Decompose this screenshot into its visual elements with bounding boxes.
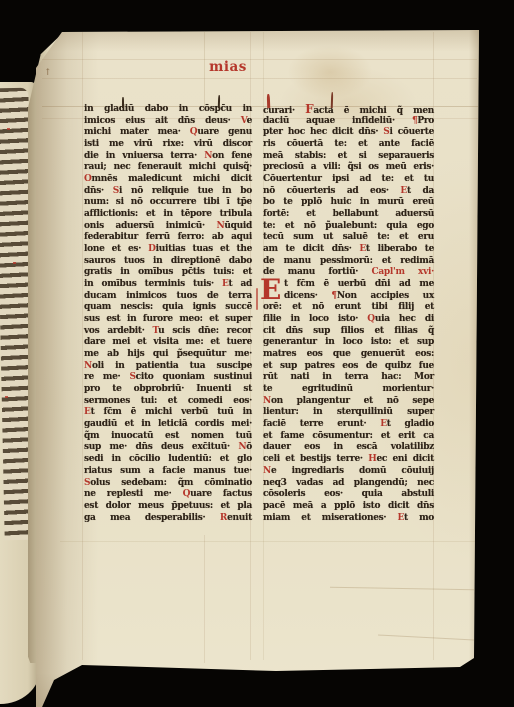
text-line: ducam inimicos tuos de terra bbox=[84, 291, 252, 303]
text-line: cit dn̄s sup filios et filias q̃ bbox=[263, 326, 434, 338]
text-line: te: et nō p̃ualebunt: quia ego bbox=[263, 221, 434, 233]
text-line: faciē terre erunt· Et gladio bbox=[263, 419, 434, 431]
text-line: daciū aquae infideliū· ¶Pro bbox=[263, 116, 434, 128]
text-line: Non plangentur et nō sepe bbox=[263, 396, 434, 408]
text-line: federabitur ferrū ferro: ab aqui bbox=[84, 232, 252, 244]
text-line: dauer eos in escā volatilibz bbox=[263, 442, 434, 454]
text-line: die in vniuersa terra· Non fene bbox=[84, 151, 252, 163]
text-line: in omībus terminis tuis· Et ad bbox=[84, 279, 252, 291]
text-line: am te dicit dn̄s· Et liberabo te bbox=[263, 244, 434, 256]
text-line: afflictionis: et in tēpore tribula bbox=[84, 209, 252, 221]
text-line: lientur: in sterquiliniū super bbox=[263, 407, 434, 419]
text-line: Ne ingrediaris domū cōuiuij bbox=[263, 466, 434, 478]
text-line: pro te obprobriū· Inuenti st bbox=[84, 384, 252, 396]
text-line: michi mater mea· Quare genu bbox=[84, 127, 252, 139]
facing-page-rubric-fleck bbox=[13, 262, 16, 264]
text-line: nō cōuerteris ad eos· Et da bbox=[263, 186, 434, 198]
text-line: sermones tui: et comedi eos· bbox=[84, 396, 252, 408]
text-line: celi et bestijs terre· Hec eni dicit bbox=[263, 454, 434, 466]
text-line: fortē: et bellabunt aduersū bbox=[263, 209, 434, 221]
ruling-line bbox=[60, 541, 475, 542]
text-line: neq3 vadas ad plangendū; nec bbox=[263, 478, 434, 490]
text-line: generantur in loco isto: et sup bbox=[263, 337, 434, 349]
text-line: Cōuertentur ipsi ad te: et tu bbox=[263, 174, 434, 186]
text-line: num: si nō occurrere tibi ī tp̄e bbox=[84, 197, 252, 209]
text-line: matres eos que genuerūt eos: bbox=[263, 349, 434, 361]
text-line: dare mei et visita me: et tuere bbox=[84, 337, 252, 349]
ascender-stroke-red bbox=[267, 94, 270, 108]
text-line: est dolor meus p̄petuus: et pla bbox=[84, 501, 252, 513]
text-line: onis aduersū inimicū· Nūquid bbox=[84, 221, 252, 233]
text-line: t fc̄m ē uerbū dn̄i ad me bbox=[263, 279, 434, 291]
text-line: bo te pplō huic in murū ereū bbox=[263, 197, 434, 209]
parchment-crease bbox=[204, 535, 205, 663]
gutter-pen-mark: ↑ bbox=[44, 68, 52, 78]
text-line: sedi in cōcilio ludentiū: et glo bbox=[84, 454, 252, 466]
text-line: rūt nati in terra hac: Mor bbox=[263, 372, 434, 384]
column-left: in gladiū dabo in cōspc̄u inimicos eius … bbox=[84, 104, 252, 524]
text-line: tecū sum ut saluē te: et eru bbox=[263, 232, 434, 244]
text-line: pacē meā a pplō isto dicit dn̄s bbox=[263, 501, 434, 513]
text-line: isti me virū rixe: virū discor bbox=[84, 139, 252, 151]
text-line: Et fc̄m ē michi verbū tuū in bbox=[84, 407, 252, 419]
text-line: meā stabis: et si separaueris bbox=[263, 151, 434, 163]
text-line: dicens· ¶Non accipies ux bbox=[263, 291, 434, 303]
ruling-line bbox=[42, 59, 477, 60]
text-line: ga mea desperabilis· Renuit bbox=[84, 513, 252, 525]
text-line: q̃m inuocatū est nomen tuū bbox=[84, 431, 252, 443]
rubricated-text: N bbox=[263, 396, 271, 406]
column-right: curari· Facta ē michi q̃ mendaciū aquae … bbox=[263, 104, 434, 524]
facing-page-rubric-fleck bbox=[5, 396, 8, 398]
text-line: gratis in omībus pc̄tis tuis: et bbox=[84, 267, 252, 279]
text-line: de manu pessimorū: et redimā bbox=[263, 256, 434, 268]
text-line: dn̄s· Si nō reliquie tue in bo bbox=[84, 186, 252, 198]
text-line: de manu fortiū· Capl'm xvi· bbox=[263, 267, 434, 279]
versal-flourish bbox=[256, 288, 258, 310]
text-line: et sup patres eos de quibz fue bbox=[263, 361, 434, 373]
manuscript-photo: mias ↑ in gladiū dabo in cōspc̄u inimico… bbox=[0, 0, 514, 707]
text-line: vos ardebit· Tu scis dn̄e: recor bbox=[84, 326, 252, 338]
rubricated-text: N bbox=[84, 361, 92, 371]
text-line: in gladiū dabo in cōspc̄u in bbox=[84, 104, 252, 116]
versal-initial-E: E bbox=[260, 277, 281, 303]
text-line: riatus sum a facie manus tue· bbox=[84, 466, 252, 478]
facing-page-rubric-fleck bbox=[7, 128, 10, 130]
text-line: miam et miserationes· Et mo bbox=[263, 513, 434, 525]
text-line: quam nescis: quia ignis succē bbox=[84, 302, 252, 314]
text-line: imicos eius ait dn̄s deus· Ve bbox=[84, 116, 252, 128]
ruling-line bbox=[42, 78, 477, 79]
text-line: sus est in furore meo: et super bbox=[84, 314, 252, 326]
text-line: ris cōuertā te: et ante faciē bbox=[263, 139, 434, 151]
text-line: me ab hijs qui p̃sequūtur me· bbox=[84, 349, 252, 361]
rubricated-text: Q bbox=[183, 489, 191, 499]
rubricated-text: D bbox=[148, 244, 156, 254]
rubricated-text: Capl'm xvi· bbox=[372, 267, 435, 277]
text-line: filie in loco isto· Quia hec di bbox=[263, 314, 434, 326]
text-line: ne replesti me· Quare factus bbox=[84, 489, 252, 501]
text-line: Noli in patientia tua suscipe bbox=[84, 361, 252, 373]
text-line: preciosū a vili: q̃si os meū eris· bbox=[263, 162, 434, 174]
rubricated-text: N bbox=[263, 466, 271, 476]
text-line: gaudiū et in leticiā cordis mei· bbox=[84, 419, 252, 431]
text-line: curari· Facta ē michi q̃ men bbox=[263, 104, 434, 116]
rubricated-text: N bbox=[204, 151, 212, 161]
text-line: re me· Scito quoniam sustinui bbox=[84, 372, 252, 384]
text-line: raui; nec fenerauit michi quisq̃· bbox=[84, 162, 252, 174]
ascender-stroke bbox=[122, 97, 124, 108]
text-line: pter hoc hec dicit dn̄s· Si cōuerte bbox=[263, 127, 434, 139]
ruling-line bbox=[82, 32, 83, 660]
text-line: sup me· dn̄s deus exc̄ituū· Nō bbox=[84, 442, 252, 454]
text-line: lone et es· Diuitias tuas et the bbox=[84, 244, 252, 256]
rubricated-text: O bbox=[84, 174, 92, 184]
text-line: et fame cōsumentur: et erit ca bbox=[263, 431, 434, 443]
text-line: orē: et nō erunt tibi filij et bbox=[263, 302, 434, 314]
text-line: sauros tuos in direptionē dabo bbox=[84, 256, 252, 268]
text-line: Solus sedebam: q̃m cōminatio bbox=[84, 478, 252, 490]
running-title: mias bbox=[200, 59, 256, 75]
text-line: Omnēs maledicunt michi dicit bbox=[84, 174, 252, 186]
text-line: cōsoleris eos· quia abstuli bbox=[263, 489, 434, 501]
rubricated-text: Q bbox=[367, 314, 375, 324]
text-line: te egritudinū morientur· bbox=[263, 384, 434, 396]
